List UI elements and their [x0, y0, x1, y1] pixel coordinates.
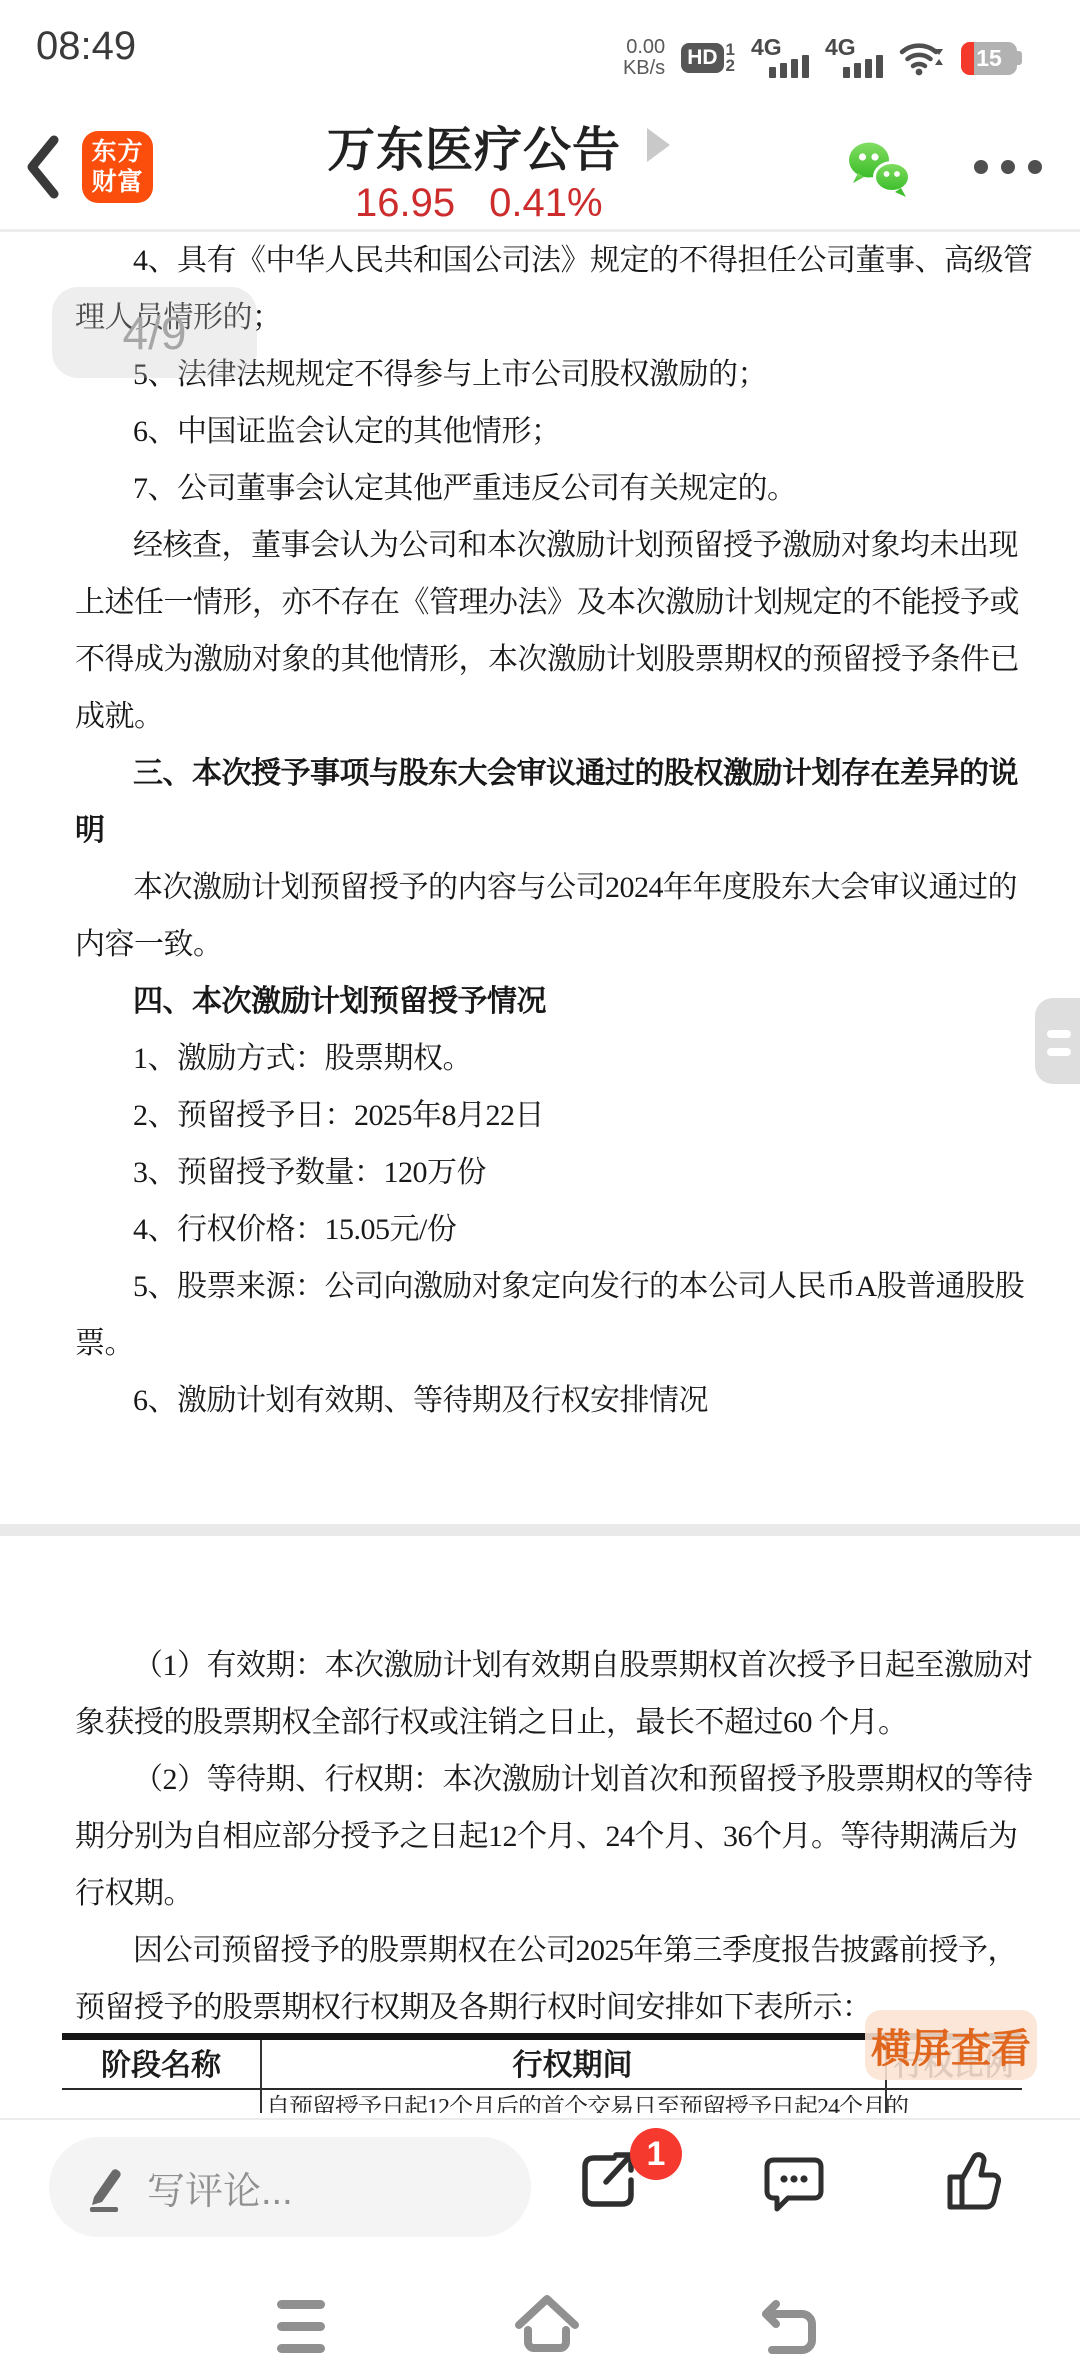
document-line: 经核查，董事会认为公司和本次激励计划预留授予激励对象均未出现 [75, 517, 1020, 574]
table-header-period: 行权期间 [260, 2044, 885, 2088]
page-title: 万东医疗公告 [327, 111, 621, 180]
back-icon[interactable] [24, 134, 60, 200]
document-line: 本次激励计划预留授予的内容与公司2024年年度股东大会审议通过的 [75, 859, 1020, 916]
scrollbar-handle[interactable] [1035, 998, 1080, 1084]
eastmoney-logo[interactable]: 东方 财富 [82, 131, 153, 203]
document-line: （2）等待期、行权期：本次激励计划首次和预留授予股票期权的等待 [75, 1751, 1020, 1808]
comment-placeholder: 写评论... [147, 2160, 293, 2215]
stock-price: 16.95 [355, 181, 455, 226]
battery-icon: 15 [961, 42, 1022, 75]
document-line: 内容一致。 [75, 916, 1020, 973]
status-icons: 0.00 KB/s HD 1 2 4G 4G [623, 36, 1022, 80]
stock-quote[interactable]: 16.95 0.41% [355, 181, 603, 226]
phone-screen: 08:49 0.00 KB/s HD 1 2 4G 4G [0, 0, 1080, 2376]
wechat-share-icon[interactable] [846, 140, 912, 200]
document-line: 3、预留授予数量：120万份 [75, 1144, 1020, 1201]
document-line: 象获授的股票期权全部行权或注销之日止，最长不超过60 个月。 [75, 1694, 1020, 1751]
document-line: 行权期。 [75, 1865, 1020, 1922]
like-icon[interactable] [942, 2144, 1002, 2214]
table-header-stage: 阶段名称 [62, 2044, 260, 2088]
document-line: 6、中国证监会认定的其他情形； [75, 403, 1020, 460]
document-text: 4、具有《中华人民共和国公司法》规定的不得担任公司董事、高级管理人员情形的；5、… [0, 232, 1080, 2036]
share-badge: 1 [630, 2128, 682, 2180]
page-indicator: 4/9 [52, 287, 257, 378]
table-row: 自预留授予日起12个月后的首个交易日至预留授予日起24个月的 [266, 2093, 881, 2113]
hd-voice-icon: HD 1 2 [681, 42, 735, 74]
comment-input[interactable]: 写评论... [49, 2137, 531, 2237]
sim2-label: 2 [726, 58, 735, 74]
network-speed-value: 0.00 [623, 37, 665, 58]
document-line: 上述任一情形，亦不存在《管理办法》及本次激励计划规定的不能授予或 [75, 574, 1020, 631]
clock: 08:49 [36, 24, 136, 69]
document-line: 4、行权价格：15.05元/份 [75, 1201, 1020, 1258]
document-line: （1）有效期：本次激励计划有效期自股票期权首次授予日起至激励对 [75, 1637, 1020, 1694]
document-line: 四、本次激励计划预留授予情况 [75, 973, 1020, 1030]
document-line: 不得成为激励对象的其他情形，本次激励计划股票期权的预留授予条件已 [75, 631, 1020, 688]
page-break-band [0, 1524, 1080, 1536]
document-line: 因公司预留授予的股票期权在公司2025年第三季度报告披露前授予， [75, 1922, 1020, 1979]
document-line: 期分别为自相应部分授予之日起12个月、24个月、36个月。等待期满后为 [75, 1808, 1020, 1865]
document-line: 成就。 [75, 688, 1020, 745]
menu-button[interactable] [277, 2300, 325, 2354]
more-menu-icon[interactable] [974, 160, 1042, 174]
battery-percent: 15 [961, 42, 1017, 75]
title-group[interactable]: 万东医疗公告 [327, 114, 670, 176]
document-line: 三、本次授予事项与股东大会审议通过的股权激励计划存在差异的说 [75, 745, 1020, 802]
document-line: 2、预留授予日：2025年8月22日 [75, 1087, 1020, 1144]
signal-icon-sim2: 4G [825, 36, 883, 80]
document-line: 1、激励方式：股票期权。 [75, 1030, 1020, 1087]
document-line: 7、公司董事会认定其他严重违反公司有关规定的。 [75, 460, 1020, 517]
status-bar: 08:49 0.00 KB/s HD 1 2 4G 4G [0, 0, 1080, 90]
signal-icon-sim1: 4G [751, 36, 809, 80]
document-line: 票。 [75, 1315, 1020, 1372]
document-line: 5、股票来源：公司向激励对象定向发行的本公司人民币A股普通股股 [75, 1258, 1020, 1315]
home-button[interactable] [510, 2290, 584, 2356]
document-line: 4、具有《中华人民共和国公司法》规定的不得担任公司董事、高级管 [75, 232, 1020, 289]
landscape-view-button[interactable]: 横屏查看 [865, 2010, 1037, 2080]
announcement-document[interactable]: 4、具有《中华人民共和国公司法》规定的不得担任公司董事、高级管理人员情形的；5、… [0, 232, 1080, 2113]
system-nav-bar [0, 2268, 1080, 2376]
wifi-icon [899, 39, 945, 77]
comment-bar: 写评论... 1 [0, 2118, 1080, 2270]
app-header: 东方 财富 万东医疗公告 16.95 0.41% [0, 90, 1080, 230]
table-column-divider [260, 2040, 262, 2113]
network-speed-unit: KB/s [623, 58, 665, 79]
table-header-underline [62, 2088, 1022, 2090]
back-nav-button[interactable] [758, 2296, 818, 2358]
document-line: 6、激励计划有效期、等待期及行权安排情况 [75, 1372, 1020, 1429]
comments-icon[interactable] [762, 2154, 826, 2214]
expand-arrow-icon[interactable] [647, 128, 670, 162]
pencil-icon [87, 2162, 123, 2212]
document-line: 明 [75, 802, 1020, 859]
network-speed: 0.00 KB/s [623, 37, 665, 79]
stock-change: 0.41% [489, 181, 602, 226]
